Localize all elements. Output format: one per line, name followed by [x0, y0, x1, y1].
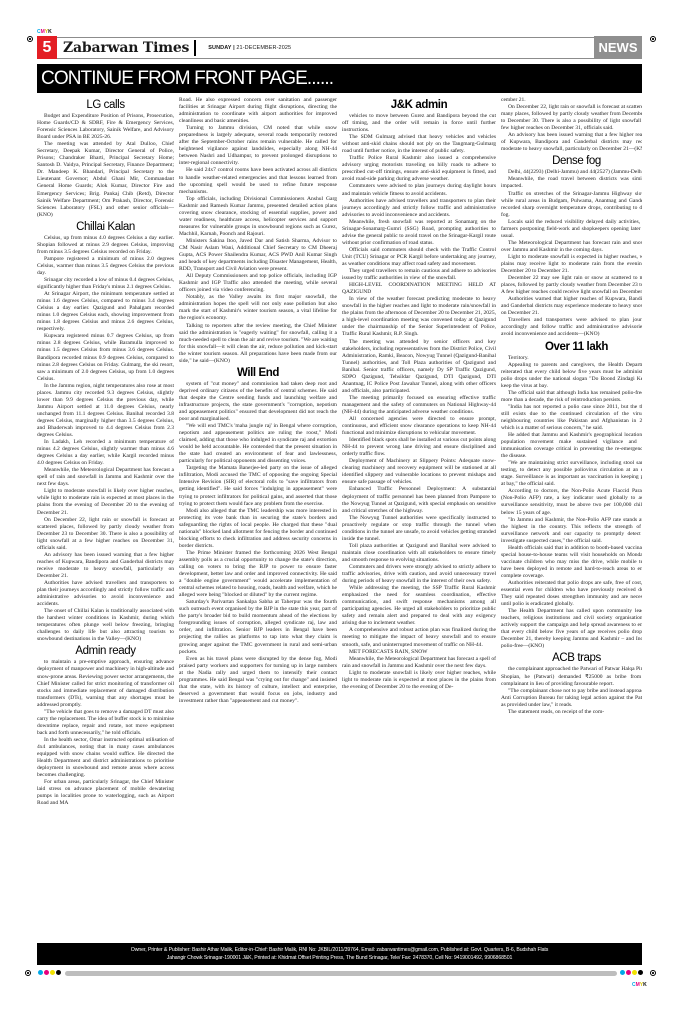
article-headline: Chillai Kalan [37, 220, 174, 234]
article-paragraph: In the Jammu region, night temperatures … [37, 383, 174, 439]
article-paragraph: to maintain a pre-emptive approach, ensu… [37, 659, 174, 708]
article-paragraph: Travellers and transporters were advised… [501, 317, 642, 338]
article-paragraph: In Ladakh, Leh recorded a minimum temper… [37, 439, 174, 467]
article-headline: Over 11 lakh [501, 340, 642, 354]
article-columns: LG callsBudget and Expenditure Position … [37, 97, 642, 937]
article-paragraph: Talking to reporters after the review me… [179, 323, 337, 365]
article-paragraph: While addressing the meeting, the SSP Tr… [342, 585, 496, 627]
article-paragraph: The meeting primarily focused on ensurin… [342, 395, 496, 416]
article-paragraph: At Srinagar Airport, the minimum tempera… [37, 291, 174, 333]
article-paragraph: Ministers Sakina Itoo, Javed Dar and Sat… [179, 238, 337, 273]
article-paragraph: Pampore registered a minimum of minus 2.… [37, 256, 174, 277]
article-paragraph: Meanwhile, the Meteorological Department… [37, 467, 174, 488]
article-paragraph: system of "cut money" and commission had… [179, 381, 337, 423]
yellow-swatch [50, 970, 55, 975]
paper-name: Zabarwan Times [63, 40, 189, 56]
article-paragraph: "The vehicle that goes to remove a damag… [37, 709, 174, 737]
article-paragraph: The official said that although India ha… [501, 390, 642, 404]
article-paragraph: The Meteorological Department has foreca… [501, 240, 642, 254]
article-paragraph: "India has not reported a polio case sin… [501, 404, 642, 432]
color-swatches-left [38, 970, 61, 975]
article-paragraph: According to doctors, the Non-Polio Acut… [501, 488, 642, 516]
article-paragraph: Top officials, including Divisional Comm… [179, 196, 337, 238]
article-paragraph: For urban areas, particularly Srinagar, … [37, 779, 174, 807]
registration-mark-icon [25, 970, 31, 976]
page-number: 5 [37, 36, 57, 59]
article-headline: J&K admin [342, 98, 496, 112]
article-paragraph: MET FORECASTS RAIN, SNOW [342, 649, 496, 656]
article-paragraph: the complainant approached the Patwari o… [501, 666, 642, 687]
article-paragraph: On December 22, light rain or snowfall i… [501, 104, 642, 132]
cyan-swatch [620, 970, 625, 975]
article-headline: Will End [179, 366, 337, 380]
article-paragraph: On December 22, light rain or snowfall i… [37, 517, 174, 552]
cyan-swatch [38, 970, 43, 975]
article-paragraph: Authorities warned that higher reaches o… [501, 296, 642, 317]
article-paragraph: vehicles to move between Gurez and Bandi… [342, 113, 496, 134]
imprint-line-2: Jahangir Chowk Srinagar-190001 J&K, Prin… [37, 954, 642, 962]
article-paragraph: Authorities have advised travellers and … [342, 198, 496, 219]
article-paragraph: Meanwhile, the road travel between distr… [501, 176, 642, 190]
article-paragraph: Srinagar city recorded a low of minus 0.… [37, 277, 174, 291]
article-headline: Dense fog [501, 154, 642, 168]
article-paragraph: Commuters were advised to plan journeys … [342, 183, 496, 197]
section-badge: NEWS [594, 36, 642, 59]
article-paragraph: Targeting the Mamata Banerjee-led party … [179, 465, 337, 507]
color-swatches-right [620, 970, 643, 975]
issue-day: SUNDAY | [208, 45, 235, 51]
cmyk-label-bottom: CMYK [632, 982, 647, 988]
article-paragraph: Meanwhile, the Meteorological Department… [342, 656, 496, 670]
article-paragraph: Delhi, 44(2293) (Delhi-Jammu) and 44(252… [501, 169, 642, 176]
magenta-swatch [626, 970, 631, 975]
article-paragraph: Turning to Jammu division, CM noted that… [179, 125, 337, 167]
article-paragraph: Modi also alleged that the TMC leadershi… [179, 508, 337, 550]
article-paragraph: Authorities have advised travellers and … [37, 580, 174, 608]
article-paragraph: He added that Jammu and Kashmir's geogra… [501, 432, 642, 460]
masthead: 5 Zabarwan Times SUNDAY | 21-DECEMBER-20… [37, 37, 642, 59]
issue-date: SUNDAY | 21-DECEMBER-2025 [208, 45, 291, 51]
article-paragraph: Light to moderate snowfall is likely ove… [37, 488, 174, 516]
column-2: Road. He also expressed concern over san… [179, 97, 337, 937]
article-paragraph: "The complainant chose not to pay bribe … [501, 688, 642, 709]
article-paragraph: Road. He also expressed concern over san… [179, 97, 337, 125]
gray-registration-bar [65, 971, 617, 976]
issue-date-value: 21-DECEMBER-2025 [236, 45, 291, 51]
article-paragraph: A comprehensive and robust action plan w… [342, 627, 496, 648]
black-swatch [56, 970, 61, 975]
article-headline: Admin ready [37, 644, 174, 658]
article-paragraph: Traffic Police Rural Kashmir also issued… [342, 155, 496, 183]
article-paragraph: An advisory has been issued warning that… [37, 552, 174, 580]
magenta-swatch [44, 970, 49, 975]
article-paragraph: Territory. [501, 355, 642, 362]
article-paragraph: Identified black spots shall be installe… [342, 437, 496, 458]
article-paragraph: Health officials said that in addition t… [501, 545, 642, 580]
article-paragraph: "We will end TMC's 'maha jungle raj' in … [179, 423, 337, 465]
article-paragraph: The onset of Chillai Kalan is traditiona… [37, 608, 174, 643]
article-paragraph: In the health sector, Omar instructed op… [37, 737, 174, 779]
article-paragraph: The Nowyug Tunnel authorities were speci… [342, 515, 496, 543]
article-paragraph: Deployment of Machinery at Slippery Poin… [342, 458, 496, 486]
article-paragraph: An advisory has been issued warning that… [501, 132, 642, 153]
column-3: J&K adminvehicles to move between Gurez … [342, 97, 496, 937]
article-paragraph: Light to moderate snowfall is expected i… [501, 254, 642, 275]
article-paragraph: The statement reads, on receipt of the c… [501, 709, 642, 716]
column-4: cember 21.On December 22, light rain or … [501, 97, 642, 937]
article-paragraph: They urged travellers to remain cautious… [342, 268, 496, 282]
article-paragraph: All concerned agencies were directed to … [342, 416, 496, 437]
article-paragraph: December 22 may see light rain or snow a… [501, 275, 642, 296]
article-paragraph: Toll plaza authorities at Qazigund and B… [342, 543, 496, 564]
article-paragraph: Kupwara registered minus 0.7 degrees Cel… [37, 333, 174, 382]
article-paragraph: The Prime Minister framed the forthcomin… [179, 550, 337, 599]
article-paragraph: In view of the weather forecast predicti… [342, 296, 496, 338]
masthead-divider [194, 40, 196, 56]
article-paragraph: Officials said commuters should check wi… [342, 247, 496, 268]
article-paragraph: Saturday's Parivartan Sankalpa Sabha at … [179, 599, 337, 655]
article-paragraph: Meanwhile, fresh snowfall was reported a… [342, 219, 496, 247]
article-headline: ACB traps [501, 651, 642, 665]
article-paragraph: Commuters and drivers were strongly advi… [342, 564, 496, 585]
section-banner: CONTINUE FROM FRONT PAGE...... [37, 64, 642, 93]
article-paragraph: cember 21. [501, 97, 642, 104]
article-paragraph: The meeting was attended by Atal Dulloo,… [37, 141, 174, 219]
article-paragraph: Budget and Expenditure Position of Priso… [37, 113, 174, 141]
article-paragraph: Celsius, up from minus 4.0 degrees Celsi… [37, 235, 174, 256]
registration-mark-icon [27, 36, 33, 42]
registration-mark-icon [650, 970, 656, 976]
article-paragraph: Even as his travel plans were disrupted … [179, 656, 337, 705]
article-paragraph: Enhanced Traffic Personnel Deployment: A… [342, 486, 496, 514]
cmyk-label-top: CMYK [37, 29, 52, 35]
article-headline: LG calls [37, 98, 174, 112]
yellow-swatch [632, 970, 637, 975]
article-paragraph: HIGH-LEVEL COORDINATION MEETING HELD AT … [342, 282, 496, 296]
registration-mark-icon [650, 36, 656, 42]
article-paragraph: Authorities reiterated that polio drops … [501, 580, 642, 608]
article-paragraph: He said 24x7 control rooms have been act… [179, 167, 337, 195]
imprint-footer: Owner, Printer & Publisher: Bashir Athar… [37, 943, 642, 965]
article-paragraph: Appealing to parents and caregivers, the… [501, 362, 642, 390]
article-paragraph: "In Jammu and Kashmir, the Non-Polio AFP… [501, 517, 642, 545]
black-swatch [638, 970, 643, 975]
article-paragraph: Locals said the reduced visibility delay… [501, 219, 642, 240]
article-paragraph: The SDM Gulmarg advised that heavy vehic… [342, 134, 496, 155]
article-paragraph: The Health Department has called upon co… [501, 608, 642, 650]
imprint-line-1: Owner, Printer & Publisher: Bashir Athar… [37, 946, 642, 954]
column-1: LG callsBudget and Expenditure Position … [37, 97, 174, 937]
article-paragraph: Light to moderate snowfall is likely ove… [342, 670, 496, 691]
article-paragraph: Notably, as the Valley awaits its first … [179, 294, 337, 322]
article-paragraph: The meeting was attended by senior offic… [342, 339, 496, 395]
article-paragraph: "We are maintaining strict surveillance,… [501, 460, 642, 488]
article-paragraph: Traffic on stretches of the Srinagar-Jam… [501, 191, 642, 219]
article-paragraph: All Deputy Commissioners and top police … [179, 273, 337, 294]
